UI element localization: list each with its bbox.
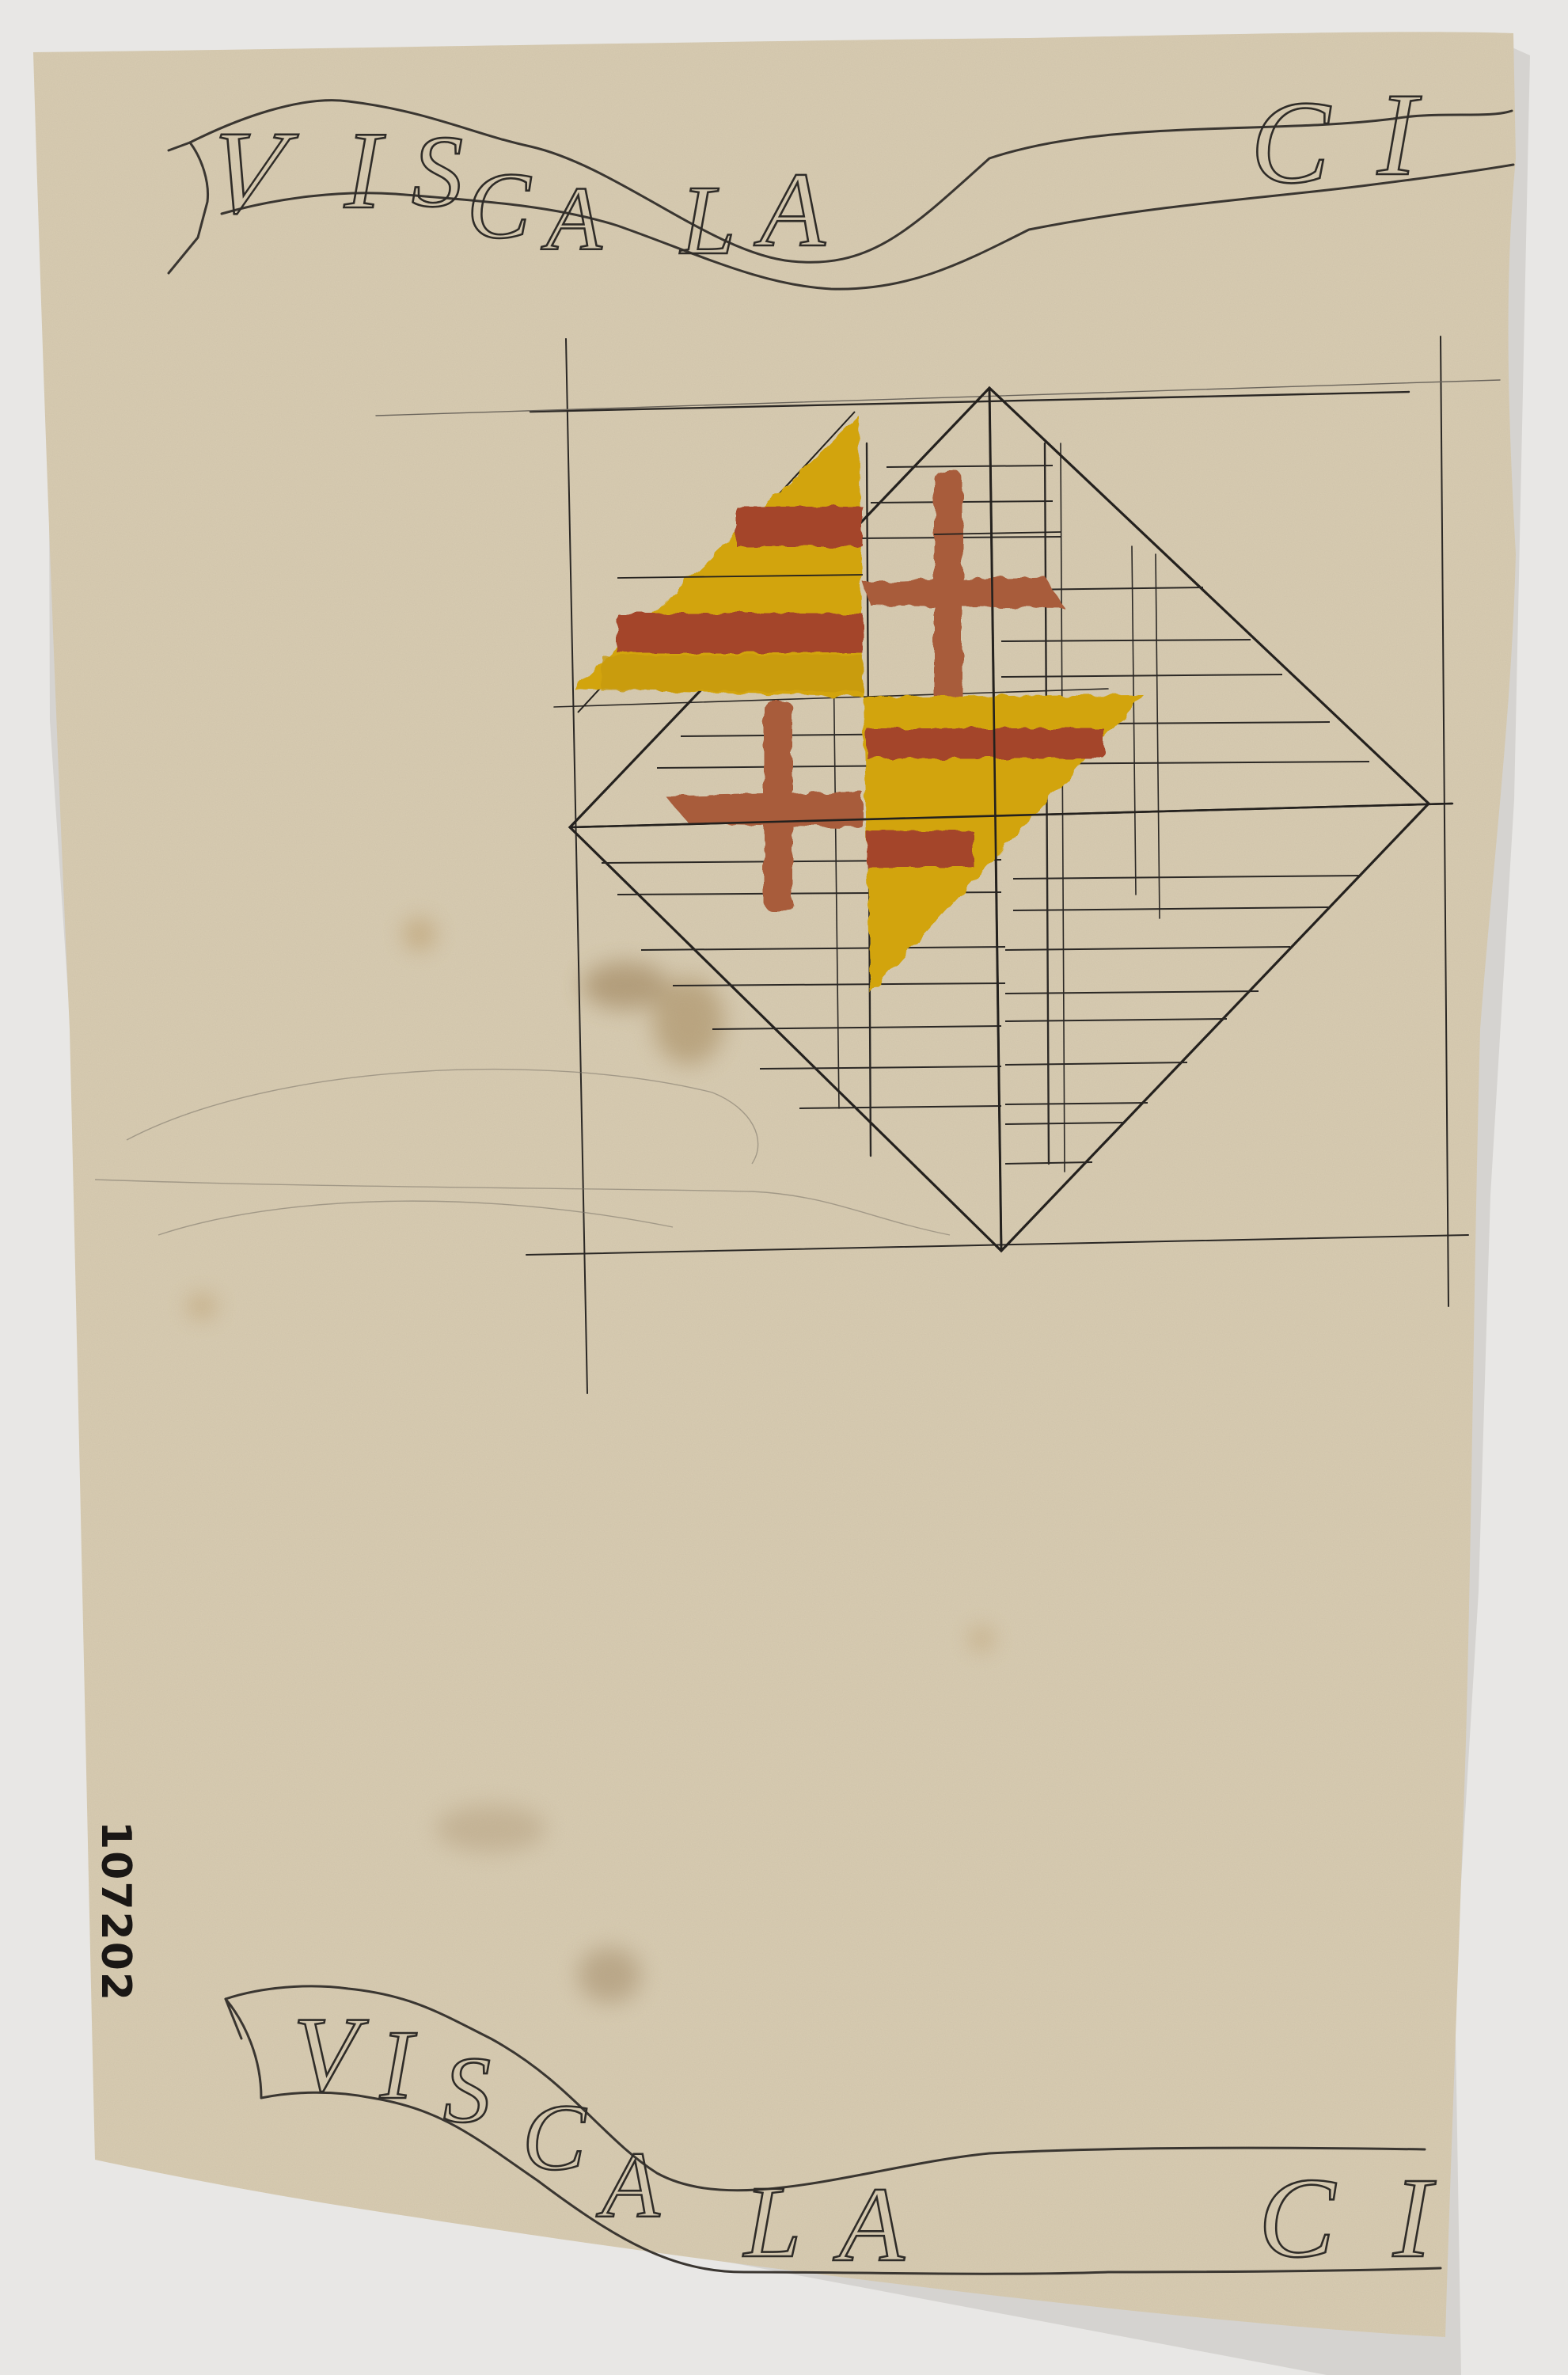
inventory-number: 107202 [92, 1821, 139, 2002]
bottom-letter-a: A [596, 2132, 660, 2237]
top-letter-a2: A [754, 151, 826, 269]
top-letter-a: A [541, 169, 602, 269]
bottom-letter-c2: C [1259, 2155, 1337, 2282]
top-letter-l: L [679, 166, 736, 275]
bottom-letter-i2: I [1392, 2155, 1436, 2282]
top-letter-c: C [467, 153, 532, 258]
top-letter-c2: C [1251, 77, 1331, 208]
bottom-letter-v: V [293, 1996, 369, 2114]
top-letter-i: I [344, 109, 386, 232]
bottom-letter-c: C [522, 2084, 587, 2190]
bottom-letter-i: I [379, 2011, 417, 2120]
top-letter-s: S [412, 115, 463, 229]
top-letter-i2: I [1376, 69, 1422, 200]
artwork-canvas: V I S C A L A C I [0, 0, 1568, 2375]
bottom-letter-s: S [443, 2037, 491, 2142]
bottom-letter-l: L [742, 2165, 801, 2279]
bottom-letter-a2: A [833, 2166, 905, 2284]
